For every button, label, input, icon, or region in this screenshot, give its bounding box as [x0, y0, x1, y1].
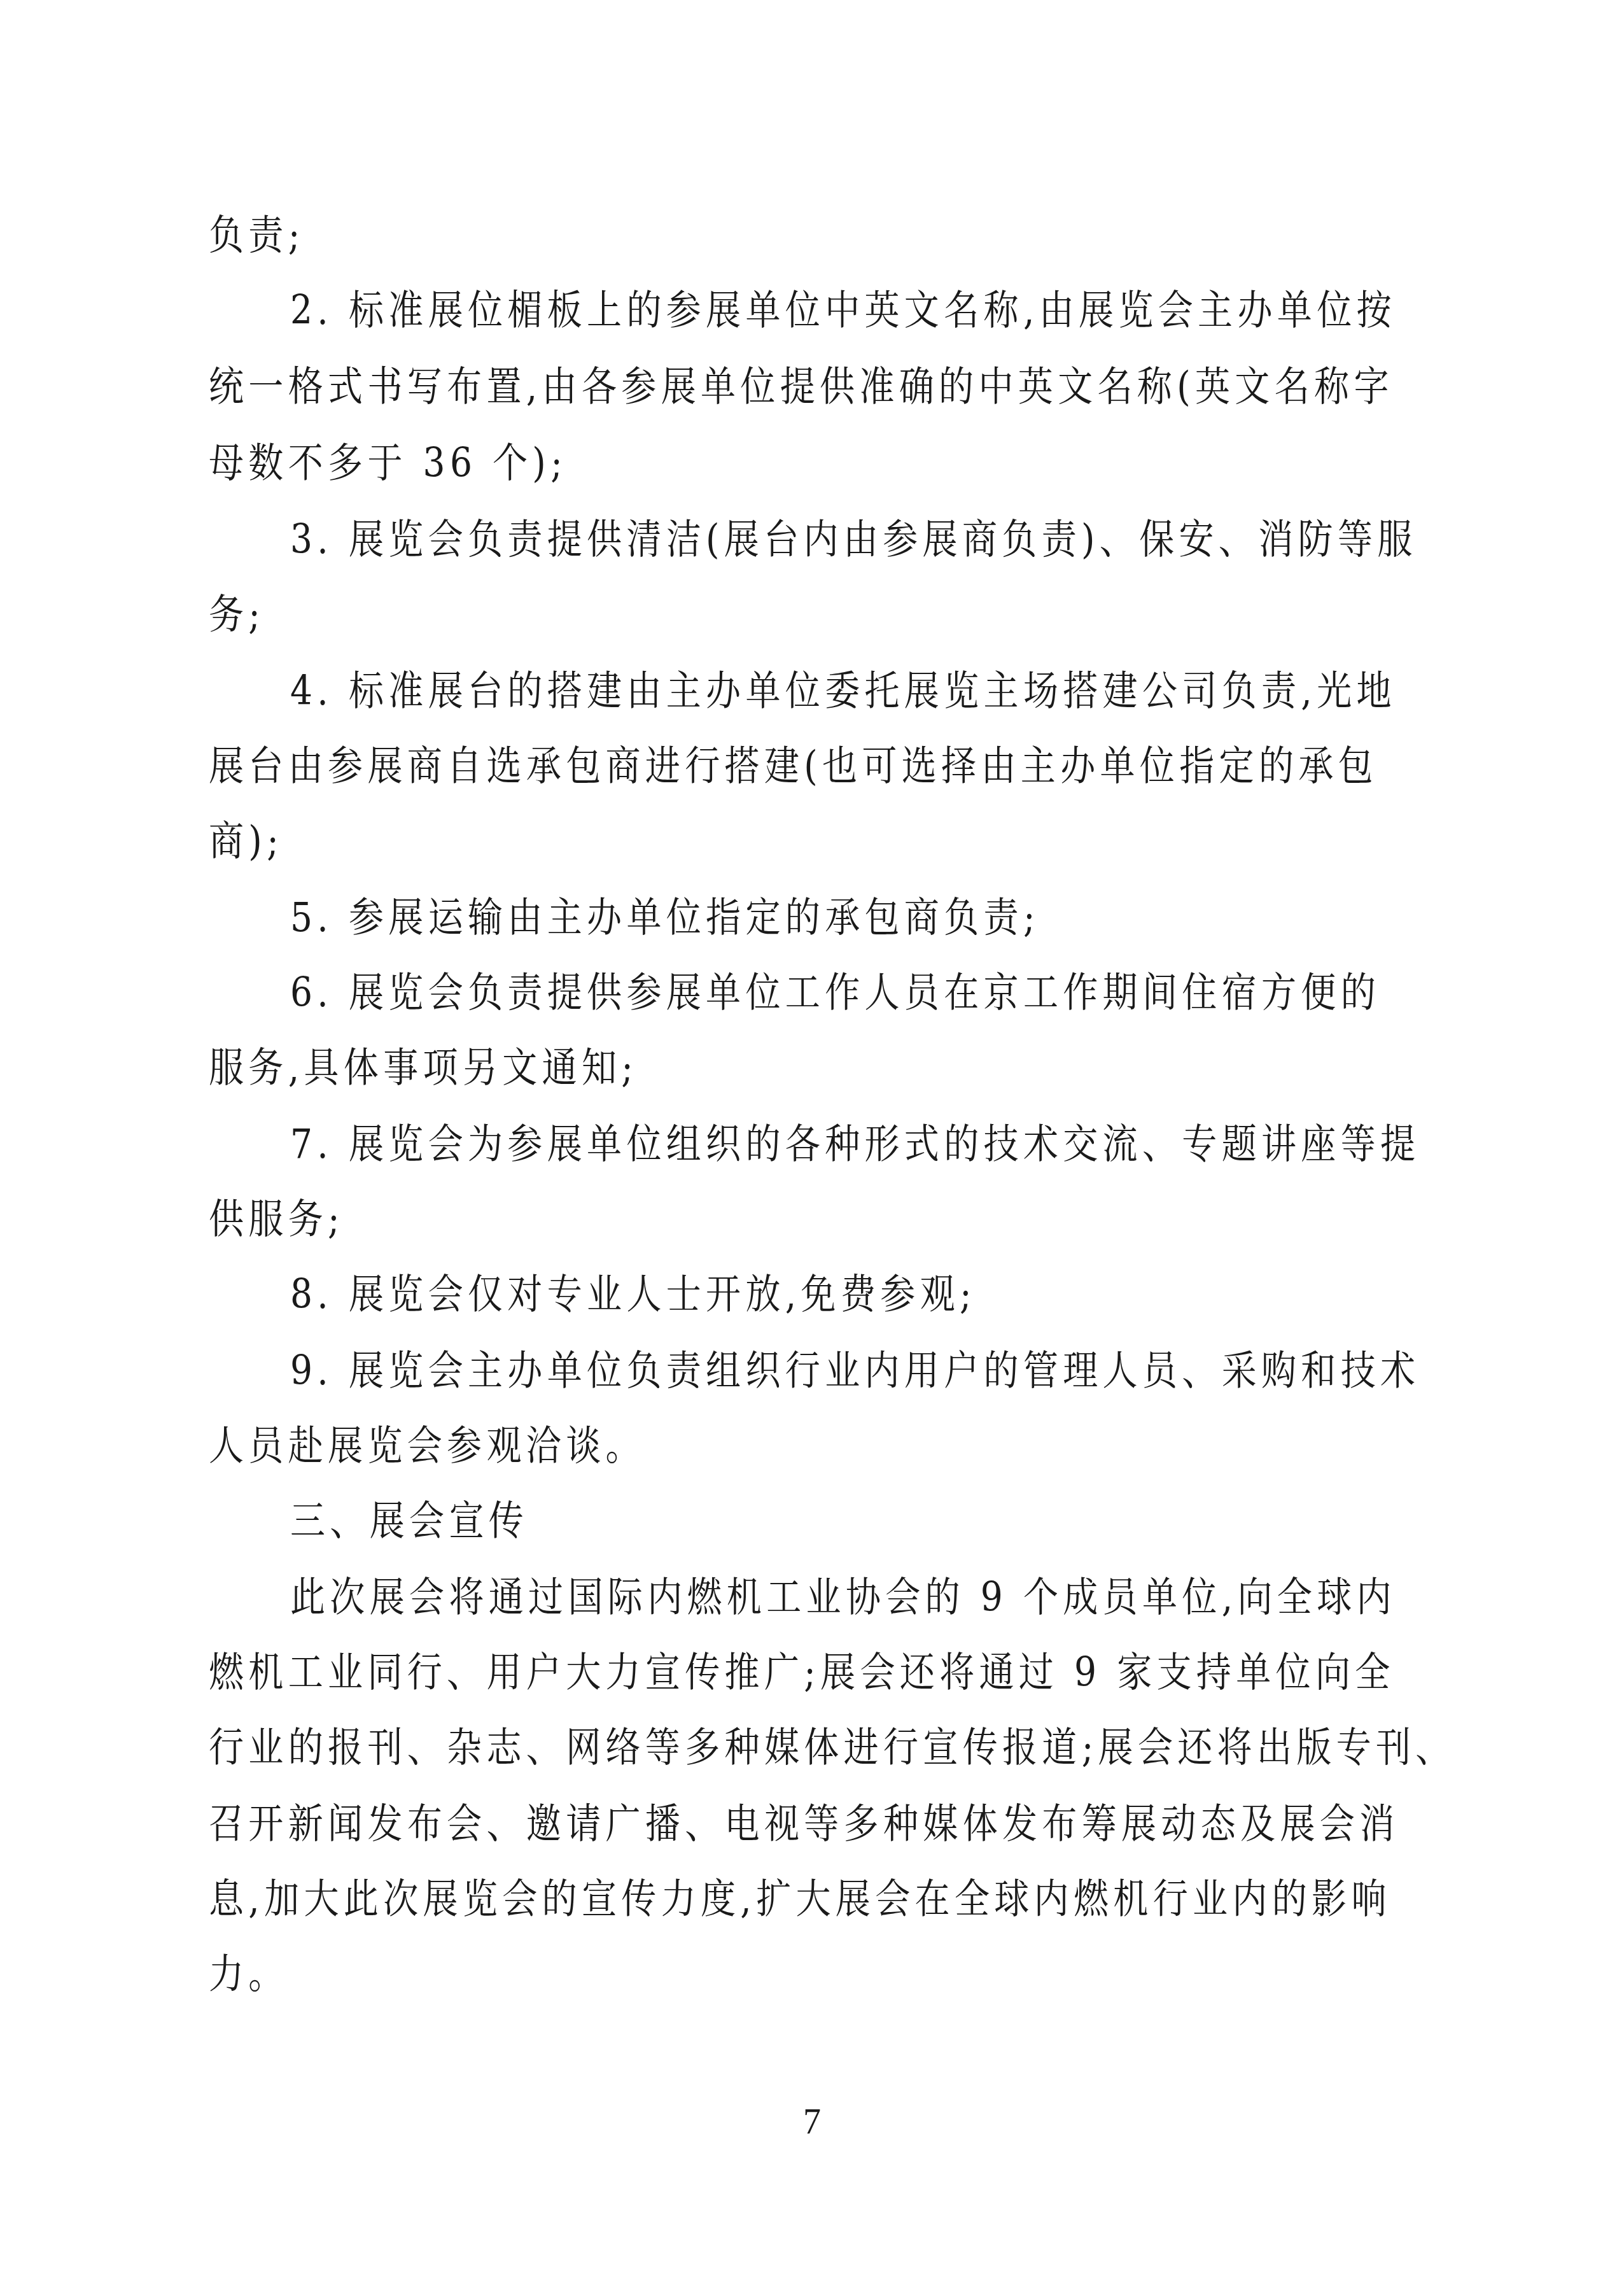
- paragraph-line: 息,加大此次展览会的宣传力度,扩大展会在全球内燃机行业内的影响: [209, 1869, 1244, 1930]
- paragraph-line: 燃机工业同行、用户大力宣传推广;展会还将通过 9 家支持单位向全: [209, 1642, 1244, 1703]
- text-line: 供服务;: [209, 1189, 1244, 1250]
- list-item-7: 7. 展览会为参展单位组织的各种形式的技术交流、专题讲座等提: [290, 1114, 1256, 1175]
- list-item-5: 5. 参展运输由主办单位指定的承包商负责;: [290, 887, 1256, 948]
- text-line: 务;: [209, 584, 1244, 645]
- section-heading: 三、展会宣传: [290, 1491, 1256, 1552]
- list-item-4: 4. 标准展台的搭建由主办单位委托展览主场搭建公司负责,光地: [290, 661, 1256, 722]
- page-number: 7: [0, 2102, 1624, 2142]
- text-line: 统一格式书写布置,由各参展单位提供准确的中英文名称(英文名称字: [209, 356, 1244, 418]
- list-item-3: 3. 展览会负责提供清洁(展台内由参展商负责)、保安、消防等服: [290, 509, 1256, 570]
- list-item-6: 6. 展览会负责提供参展单位工作人员在京工作期间住宿方便的: [290, 962, 1256, 1023]
- paragraph-line: 行业的报刊、杂志、网络等多种媒体进行宣传报道;展会还将出版专刊、: [209, 1717, 1244, 1778]
- list-item-8: 8. 展览会仅对专业人士开放,免费参观;: [290, 1264, 1256, 1325]
- paragraph-line: 此次展会将通过国际内燃机工业协会的 9 个成员单位,向全球内: [290, 1567, 1256, 1628]
- text-line: 母数不多于 36 个);: [209, 433, 1244, 494]
- list-item-9: 9. 展览会主办单位负责组织行业内用户的管理人员、采购和技术: [290, 1340, 1256, 1402]
- text-line: 展台由参展商自选承包商进行搭建(也可选择由主办单位指定的承包: [209, 736, 1244, 797]
- list-item-2: 2. 标准展位楣板上的参展单位中英文名称,由展览会主办单位按: [290, 280, 1256, 341]
- paragraph-line: 召开新闻发布会、邀请广播、电视等多种媒体发布筹展动态及展会消: [209, 1794, 1244, 1855]
- text-line: 服务,具体事项另文通知;: [209, 1037, 1244, 1099]
- text-line: 人员赴展览会参观洽谈。: [209, 1416, 1244, 1477]
- paragraph-line: 力。: [209, 1944, 1244, 2005]
- text-line: 商);: [209, 811, 1244, 872]
- text-line: 负责;: [209, 205, 1244, 266]
